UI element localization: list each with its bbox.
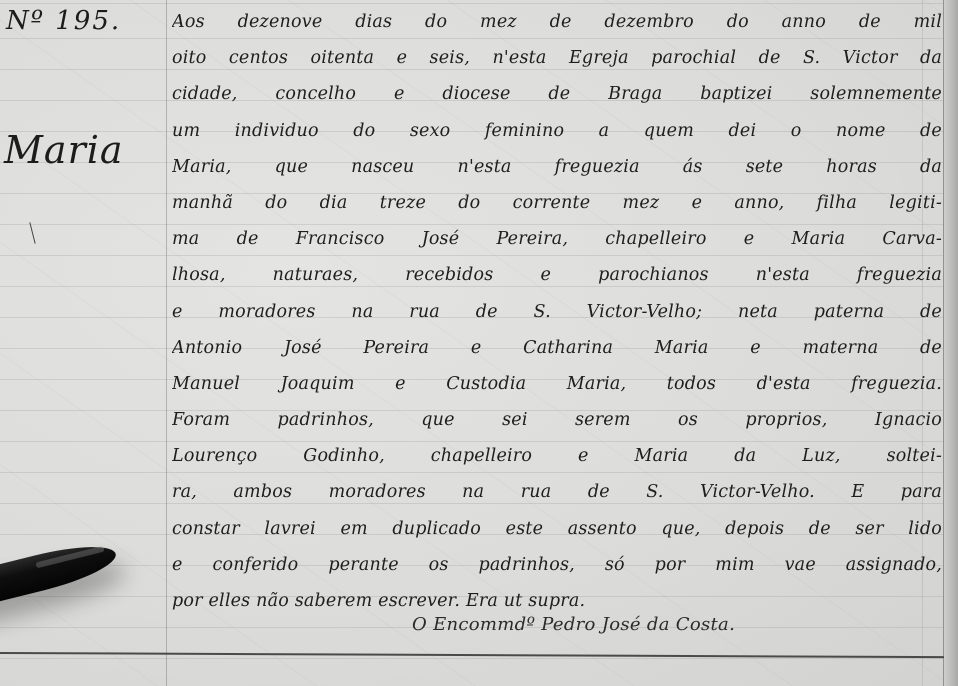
margin-mark bbox=[29, 222, 35, 244]
entry-separator-rule bbox=[0, 652, 944, 658]
text-line: manhã do dia treze do corrente mez e ann… bbox=[172, 185, 942, 221]
text-line: ra, ambos moradores na rua de S. Victor-… bbox=[172, 474, 942, 510]
text-line: Antonio José Pereira e Catharina Maria e… bbox=[172, 330, 942, 366]
margin-rule bbox=[166, 0, 167, 686]
register-page: Nº 195. Maria Aos dezenove dias do mez d… bbox=[0, 0, 958, 686]
text-line: ma de Francisco José Pereira, chapelleir… bbox=[172, 221, 942, 257]
text-line: e moradores na rua de S. Victor-Velho; n… bbox=[172, 294, 942, 330]
text-line: lhosa, naturaes, recebidos e parochianos… bbox=[172, 257, 942, 293]
text-line: e conferido perante os padrinhos, só por… bbox=[172, 547, 942, 583]
text-line: cidade, concelho e diocese de Braga bapt… bbox=[172, 76, 942, 112]
text-line: Maria, que nasceu n'esta freguezia ás se… bbox=[172, 149, 942, 185]
text-line: Manuel Joaquim e Custodia Maria, todos d… bbox=[172, 366, 942, 402]
text-line: oito centos oitenta e seis, n'esta Egrej… bbox=[172, 40, 942, 76]
record-body: Aos dezenove dias do mez de dezembro do … bbox=[172, 4, 942, 619]
text-line: um individuo do sexo feminino a quem dei… bbox=[172, 113, 942, 149]
entry-number: Nº 195. bbox=[6, 6, 121, 36]
priest-signature: O Encommdº Pedro José da Costa. bbox=[412, 614, 735, 635]
margin-name: Maria bbox=[4, 128, 124, 172]
text-line: Aos dezenove dias do mez de dezembro do … bbox=[172, 4, 942, 40]
text-line: Lourenço Godinho, chapelleiro e Maria da… bbox=[172, 438, 942, 474]
page-binding-edge bbox=[943, 0, 958, 686]
text-line: constar lavrei em duplicado este assento… bbox=[172, 511, 942, 547]
text-line: Foram padrinhos, que sei serem os propri… bbox=[172, 402, 942, 438]
pen-nib-icon bbox=[0, 536, 120, 609]
